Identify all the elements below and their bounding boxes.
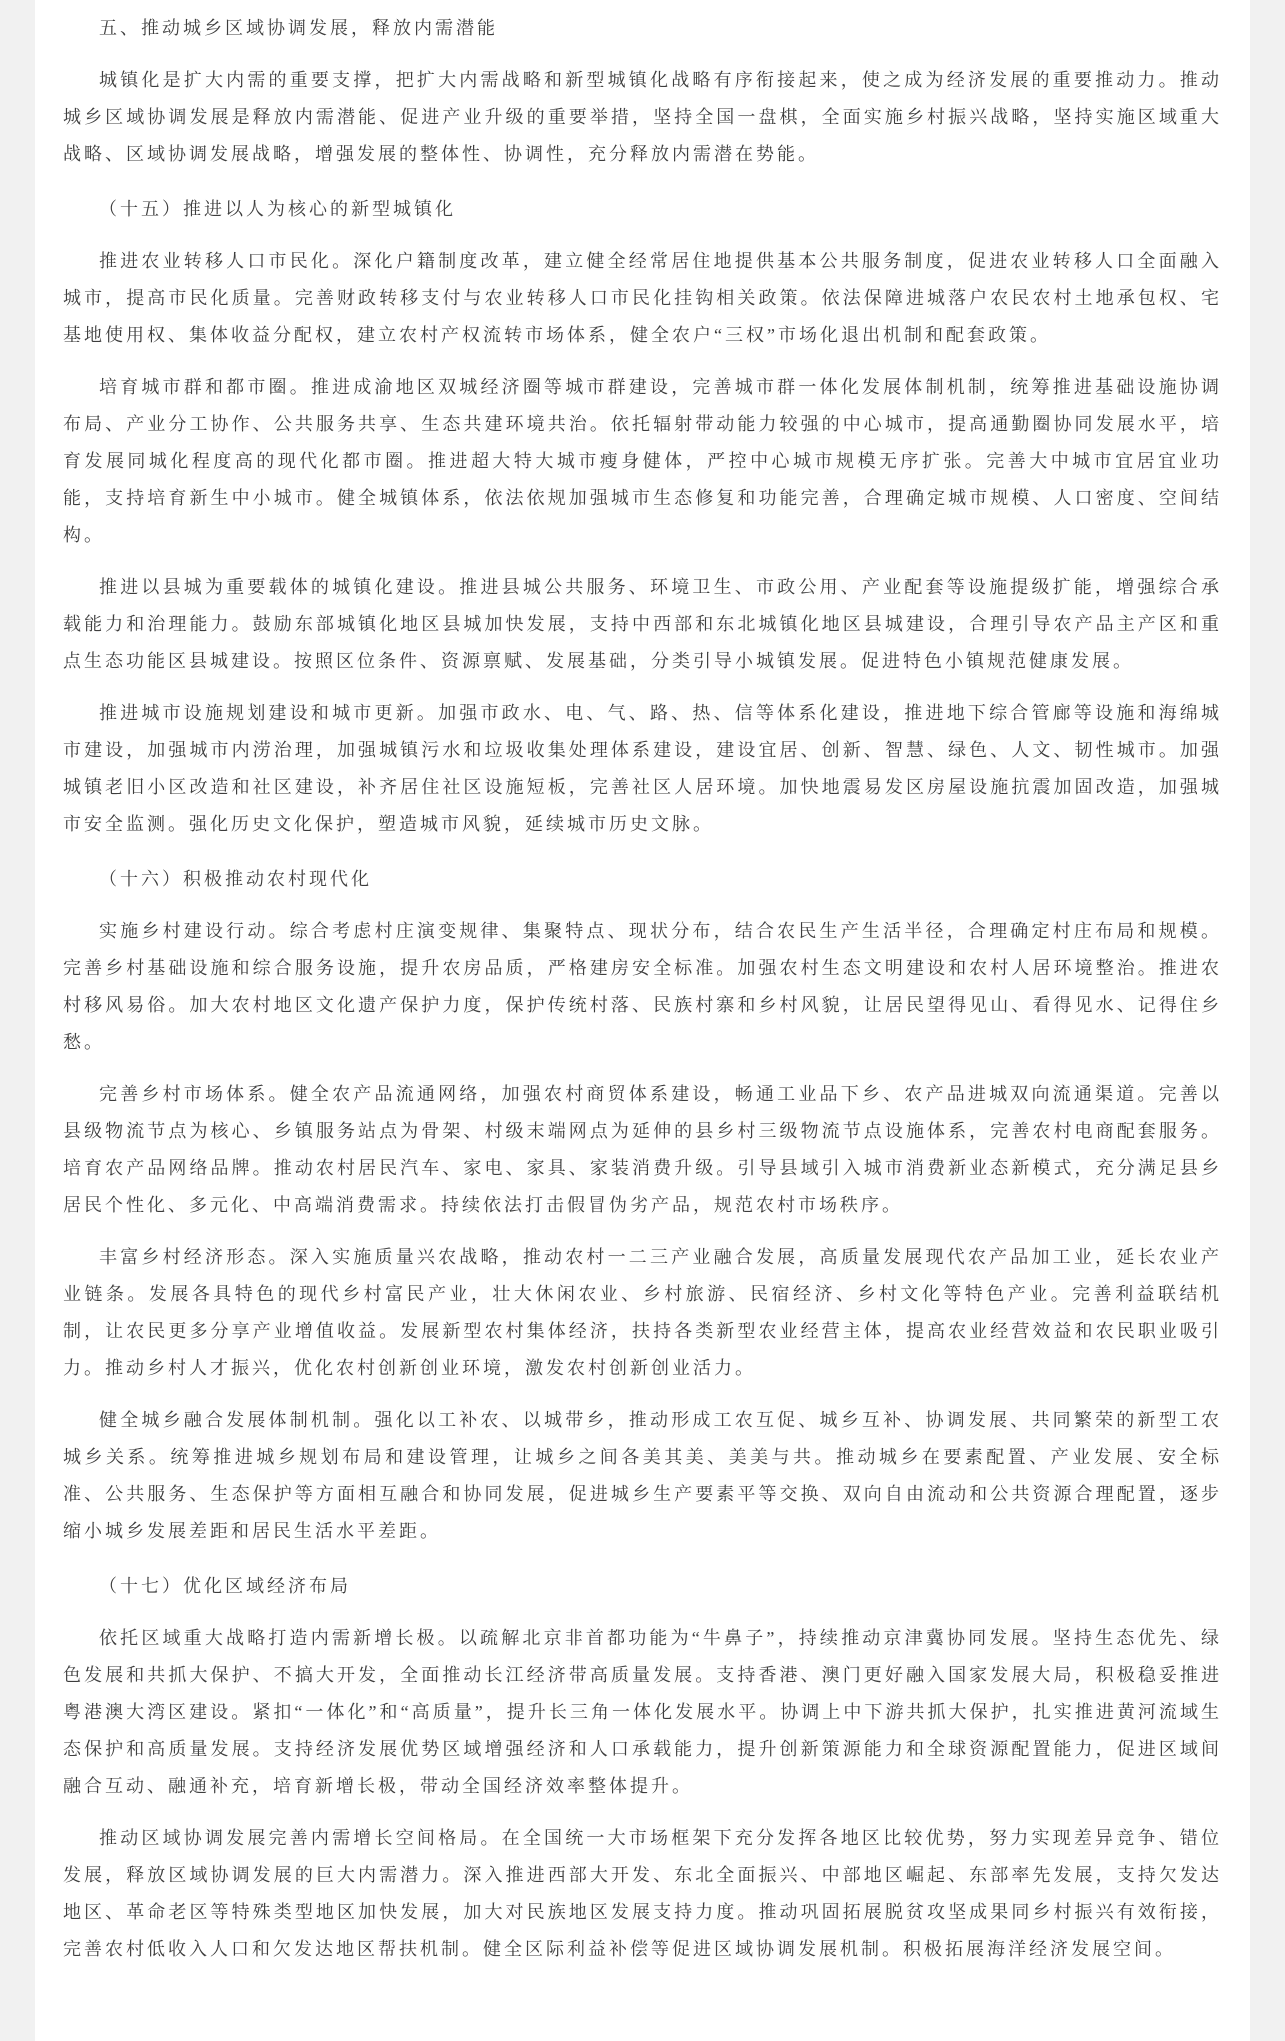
paragraph: 依托区域重大战略打造内需新增长极。以疏解北京非首都功能为“牛鼻子”，持续推动京津… <box>63 1620 1222 1805</box>
document-page: 五、推动城乡区域协调发展，释放内需潜能 城镇化是扩大内需的重要支撑，把扩大内需战… <box>35 0 1250 2041</box>
paragraph: 丰富乡村经济形态。深入实施质量兴农战略，推动农村一二三产业融合发展，高质量发展现… <box>63 1239 1222 1387</box>
chapter-title: 五、推动城乡区域协调发展，释放内需潜能 <box>63 10 1222 47</box>
paragraph: 实施乡村建设行动。综合考虑村庄演变规律、集聚特点、现状分布，结合农民生产生活半径… <box>63 913 1222 1061</box>
paragraph: 推进以县城为重要载体的城镇化建设。推进县城公共服务、环境卫生、市政公用、产业配套… <box>63 569 1222 680</box>
paragraph: 健全城乡融合发展体制机制。强化以工补农、以城带乡，推动形成工农互促、城乡互补、协… <box>63 1402 1222 1550</box>
section-heading: （十六）积极推动农村现代化 <box>63 861 1222 898</box>
paragraph: 城镇化是扩大内需的重要支撑，把扩大内需战略和新型城镇化战略有序衔接起来，使之成为… <box>63 62 1222 173</box>
paragraph: 推进农业转移人口市民化。深化户籍制度改革，建立健全经常居住地提供基本公共服务制度… <box>63 243 1222 354</box>
paragraph: 完善乡村市场体系。健全农产品流通网络，加强农村商贸体系建设，畅通工业品下乡、农产… <box>63 1076 1222 1224</box>
section-heading: （十七）优化区域经济布局 <box>63 1568 1222 1605</box>
paragraph: 推动区域协调发展完善内需增长空间格局。在全国统一大市场框架下充分发挥各地区比较优… <box>63 1820 1222 1968</box>
paragraph: 培育城市群和都市圈。推进成渝地区双城经济圈等城市群建设，完善城市群一体化发展体制… <box>63 369 1222 554</box>
paragraph: 推进城市设施规划建设和城市更新。加强市政水、电、气、路、热、信等体系化建设，推进… <box>63 695 1222 843</box>
section-heading: （十五）推进以人为核心的新型城镇化 <box>63 191 1222 228</box>
